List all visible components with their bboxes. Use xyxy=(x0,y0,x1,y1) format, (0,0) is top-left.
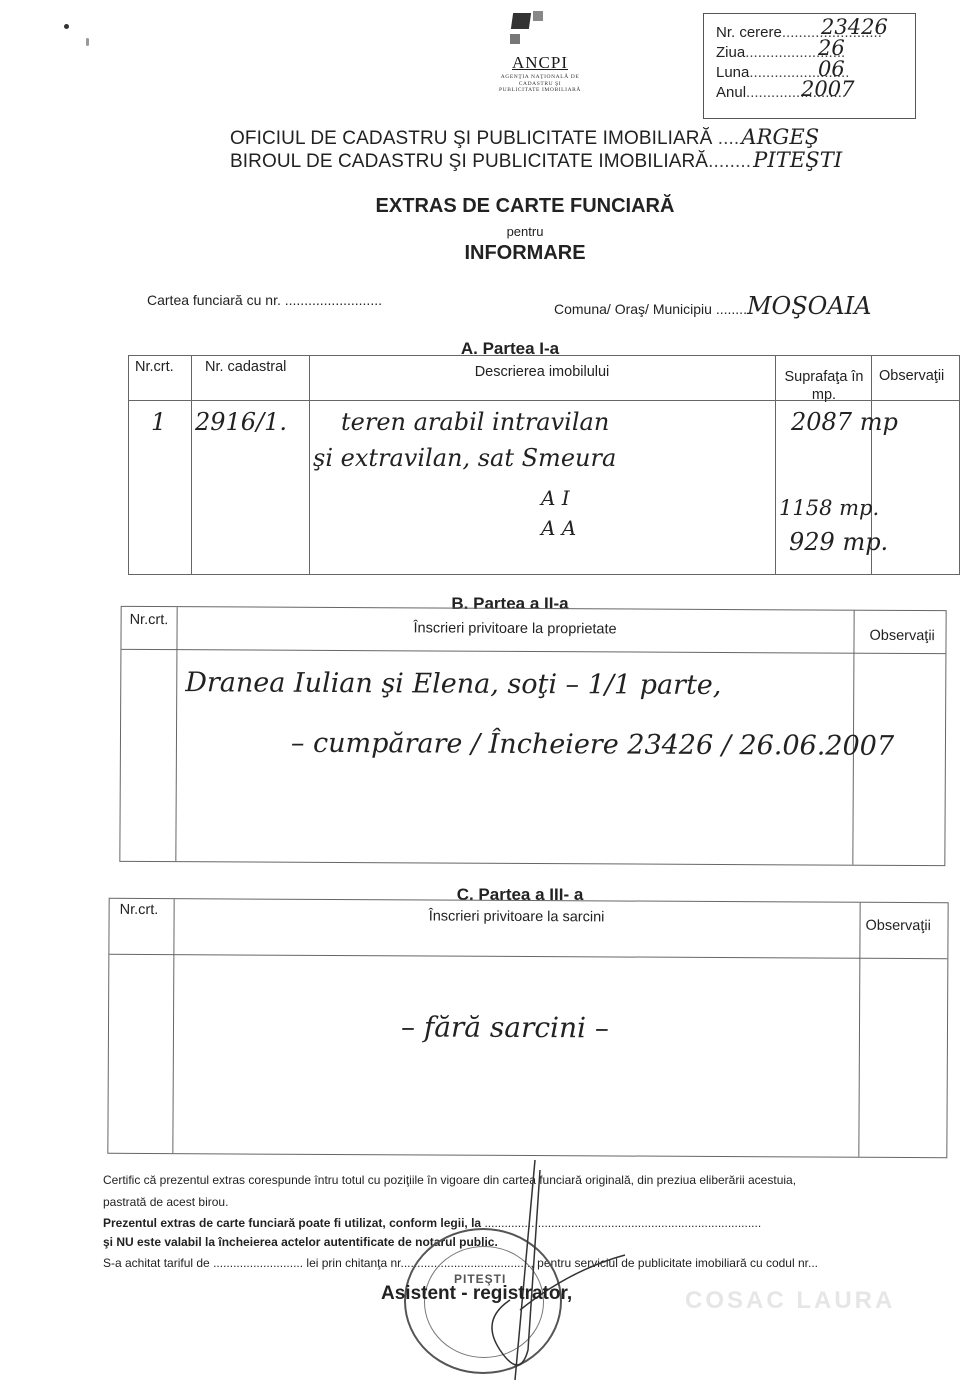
anul-field: Anul 2007 xyxy=(716,84,846,101)
signature xyxy=(420,1150,640,1385)
ancpi-logo: ANCPI AGENŢIA NAŢIONALĂ DE CADASTRU ŞI P… xyxy=(490,8,590,98)
anul-value: 2007 xyxy=(801,77,854,101)
scan-speck xyxy=(64,24,69,29)
document-title: EXTRAS DE CARTE FUNCIARĂ xyxy=(0,195,980,218)
chitanta-label: lei prin chitanţa nr. xyxy=(306,1256,403,1270)
row-nr-crt: 1 xyxy=(151,408,166,436)
document-purpose: INFORMARE xyxy=(0,242,980,265)
header-inscrieri-sarcini: Înscrieri privitoare la sarcini xyxy=(174,907,860,927)
header-nr-crt: Nr.crt. xyxy=(120,902,159,918)
oficiu-line: OFICIUL DE CADASTRU ŞI PUBLICITATE IMOBI… xyxy=(230,125,819,150)
row-categorie1: A I xyxy=(541,486,570,510)
header-nr-cadastral: Nr. cadastral xyxy=(205,359,286,375)
logo-subtitle: AGENŢIA NAŢIONALĂ DE CADASTRU ŞI PUBLICI… xyxy=(498,74,582,94)
certify-line2: pastrată de acest birou. xyxy=(103,1195,228,1209)
logo-mark-icon xyxy=(510,34,520,44)
request-box: Nr. cerere 23426 Ziua 26 Luna 06 Anul 20… xyxy=(703,13,916,119)
row-nr-cadastral: 2916/1. xyxy=(195,408,287,436)
row-suprafata2: 929 mp. xyxy=(789,528,888,556)
header-nr-crt: Nr.crt. xyxy=(130,612,169,628)
proprietate-entry-line1: Dranea Iulian şi Elena, soţi – 1/1 parte… xyxy=(185,667,721,701)
carte-funciara-label: Cartea funciară cu nr. xyxy=(147,292,281,308)
birou-line: BIROUL DE CADASTRU ŞI PUBLICITATE IMOBIL… xyxy=(230,148,842,173)
comuna-field: Comuna/ Oraş/ Municipiu ........MOŞOAIA xyxy=(554,292,871,320)
name-stamp: COSAC LAURA xyxy=(685,1287,895,1315)
tarif-label: S-a achitat tariful de xyxy=(103,1256,210,1270)
logo-name: ANCPI xyxy=(490,53,590,73)
header-observatii: Observaţii xyxy=(865,918,930,934)
header-observatii: Observaţii xyxy=(879,368,944,384)
header-inscrieri-proprietate: Înscrieri privitoare la proprietate xyxy=(177,619,854,639)
birou-value: PITEŞTI xyxy=(753,148,842,172)
logo-mark-icon xyxy=(533,11,543,21)
document-pentru: pentru xyxy=(0,224,980,239)
row-descriere-line2: şi extravilan, sat Smeura xyxy=(313,444,616,472)
sarcini-entry: – fără sarcini – xyxy=(401,1010,609,1044)
header-suprafata: Suprafaţa în mp. xyxy=(777,368,871,404)
logo-mark-icon xyxy=(511,13,531,29)
comuna-label: Comuna/ Oraş/ Municipiu xyxy=(554,301,712,317)
part-a-table: Nr.crt. Nr. cadastral Descrierea imobilu… xyxy=(128,355,960,575)
oficiu-value: ARGEŞ xyxy=(741,125,819,149)
header-descriere: Descrierea imobilului xyxy=(309,364,775,380)
part-b-table: Nr.crt. Înscrieri privitoare la propriet… xyxy=(119,606,946,866)
header-observatii: Observaţii xyxy=(869,628,934,644)
row-categorie2: A A xyxy=(541,516,576,540)
header-nr-crt: Nr.crt. xyxy=(135,359,174,375)
comuna-value: MOŞOAIA xyxy=(747,292,872,320)
signatory-title: Asistent - registrator, xyxy=(381,1283,572,1305)
part-c-table: Nr.crt. Înscrieri privitoare la sarcini … xyxy=(107,898,948,1158)
birou-label: BIROUL DE CADASTRU ŞI PUBLICITATE IMOBIL… xyxy=(230,151,708,172)
scan-speck xyxy=(86,38,89,46)
proprietate-entry-line2: – cumpărare / Încheiere 23426 / 26.06.20… xyxy=(291,728,894,762)
oficiu-label: OFICIUL DE CADASTRU ŞI PUBLICITATE IMOBI… xyxy=(230,128,712,149)
row-suprafata-total: 2087 mp xyxy=(791,408,898,436)
carte-funciara-field: Cartea funciară cu nr. .................… xyxy=(147,292,382,308)
row-descriere-line1: teren arabil intravilan xyxy=(341,408,609,436)
row-suprafata1: 1158 mp. xyxy=(779,496,879,520)
nr-cerere-field: Nr. cerere 23426 xyxy=(716,24,882,41)
